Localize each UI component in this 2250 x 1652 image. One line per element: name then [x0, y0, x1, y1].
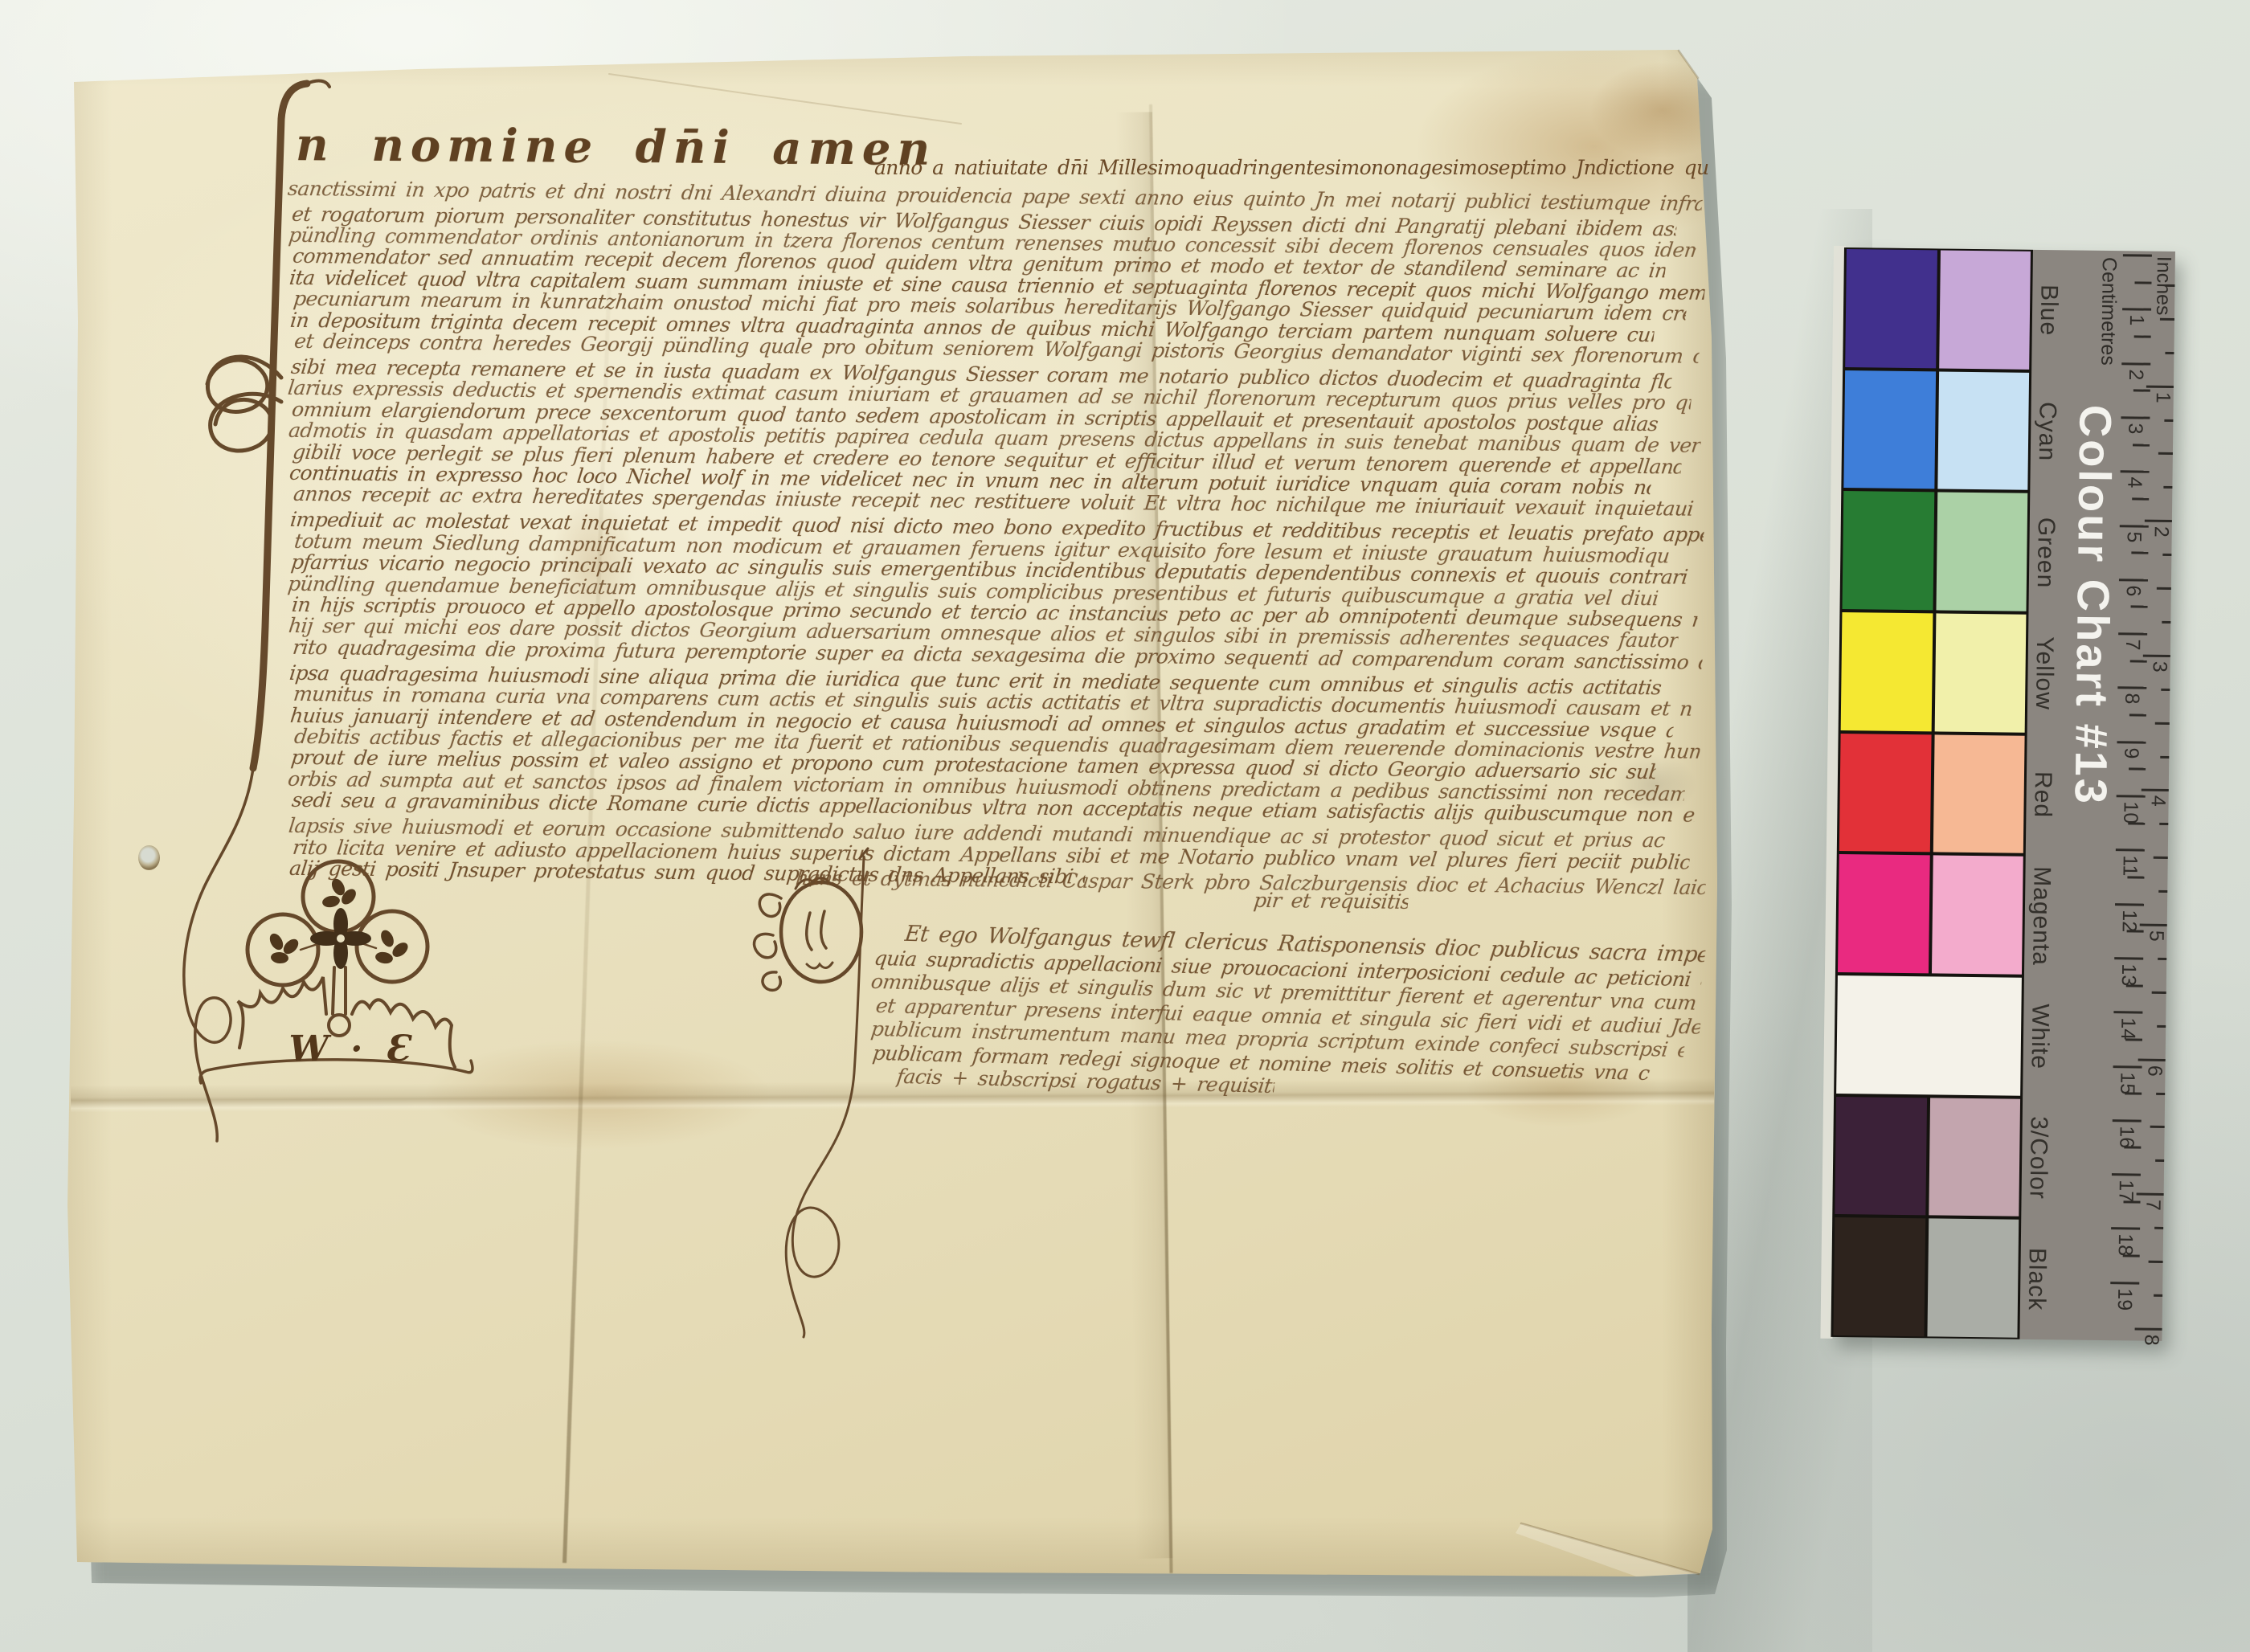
cm-tick [2115, 903, 2144, 906]
inch-tick [2140, 924, 2167, 926]
inch-number: 1 [2151, 391, 2174, 403]
swatch-grid [1831, 247, 2033, 1339]
inch-quarter-tick [2164, 419, 2173, 421]
swatch-label: Green [2031, 517, 2060, 588]
inch-half-tick [2152, 992, 2166, 994]
swatch-green [1843, 491, 1935, 610]
cm-tick [2114, 957, 2143, 959]
inch-number: 5 [2144, 930, 2167, 942]
color-calibration-chart: BlueCyanGreenYellowRedMagentaWhite3/Colo… [1831, 247, 2175, 1341]
cm-tick [2121, 470, 2150, 472]
inch-quarter-tick [2159, 823, 2168, 825]
inch-quarter-tick [2163, 486, 2172, 489]
swatch-cyan [1843, 370, 1936, 489]
notary-initials: W · Ɛ [280, 1028, 424, 1069]
swatch-label: White [2026, 1004, 2054, 1069]
inch-number: 4 [2146, 795, 2170, 807]
cm-number: 2 [2124, 369, 2147, 380]
inch-half-tick [2154, 857, 2168, 859]
inch-half-tick [2150, 1126, 2165, 1128]
cm-number: 10 [2118, 801, 2142, 824]
cm-number: 6 [2121, 585, 2145, 596]
cm-number: 16 [2114, 1126, 2137, 1148]
cm-tick [2113, 1065, 2142, 1068]
cm-half-tick [2131, 606, 2148, 608]
inch-half-tick [2155, 722, 2170, 724]
inch-quarter-tick [2160, 755, 2169, 758]
cm-half-tick [2130, 660, 2147, 662]
cm-number: 13 [2117, 963, 2140, 986]
cm-number: 3 [2123, 423, 2146, 434]
archival-photo: n nomine dn̄i amen anno a natiuitate dn̄… [0, 0, 2250, 1652]
inch-quarter-tick [2165, 352, 2174, 354]
cm-tick [2117, 795, 2146, 797]
chart-title: Colour Chart #13 [2065, 404, 2122, 806]
swatch-tint-green [1936, 493, 2027, 611]
cm-number: 17 [2114, 1180, 2137, 1202]
inch-quarter-tick [2158, 890, 2167, 893]
inch-quarter-tick [2162, 554, 2171, 556]
inch-quarter-tick [2154, 1227, 2163, 1229]
centimetres-label: Centimetres [2096, 257, 2121, 366]
cm-half-tick [2129, 768, 2146, 771]
top-crease [609, 74, 961, 124]
swatch-tint-cyan [1937, 371, 2029, 490]
swatch-label: Cyan [2033, 402, 2061, 461]
inch-quarter-tick [2166, 284, 2174, 287]
cm-half-tick [2132, 497, 2149, 500]
swatch-tint-yellow [1935, 613, 2027, 732]
cm-number: 9 [2119, 747, 2142, 759]
swatch-tint-blue [1939, 250, 2031, 369]
swatch-label: Blue [2035, 284, 2063, 336]
swatch-label: Black [2023, 1247, 2051, 1311]
cm-tick [2112, 1173, 2141, 1176]
cm-tick [2113, 1011, 2142, 1013]
cm-tick [2121, 362, 2150, 365]
cm-number: 5 [2122, 531, 2146, 542]
opening-line-display-script: n nomine dn̄i amen [296, 118, 937, 176]
inch-tick [2142, 789, 2169, 791]
inch-number: 6 [2142, 1065, 2166, 1076]
cm-number: 7 [2121, 639, 2144, 650]
inch-tick [2146, 385, 2174, 387]
cm-tick [2113, 1119, 2142, 1122]
cm-tick [2117, 741, 2146, 743]
notary-mark-clover-fill [267, 877, 410, 969]
swatch-tint-red [1933, 734, 2025, 853]
cm-tick [2120, 525, 2149, 527]
swatch-yellow [1841, 612, 1933, 731]
cm-tick [2121, 416, 2150, 419]
swatch-tint-3/color [1929, 1098, 2020, 1217]
cm-number: 14 [2116, 1017, 2139, 1040]
cm-tick [2111, 1228, 2140, 1230]
inch-quarter-tick [2161, 689, 2170, 691]
cm-number: 12 [2117, 910, 2141, 932]
inch-half-tick [2149, 1261, 2163, 1263]
cm-tick [2116, 848, 2145, 851]
cm-half-tick [2129, 714, 2146, 716]
inch-quarter-tick [2155, 1159, 2164, 1162]
cm-half-tick [2131, 552, 2148, 554]
cm-number: 4 [2122, 476, 2146, 488]
inch-quarter-tick [2158, 958, 2166, 960]
inch-tick [2137, 1193, 2164, 1196]
swatch-label: Red [2028, 771, 2056, 818]
inch-half-tick [2157, 587, 2171, 590]
cm-tick [2119, 579, 2148, 581]
cm-tick [2117, 687, 2146, 689]
swatch-white [1836, 975, 2022, 1095]
cm-half-tick [2134, 281, 2151, 284]
inch-quarter-tick [2156, 1092, 2165, 1094]
swatch-magenta [1838, 854, 1930, 973]
cm-half-tick [2127, 876, 2144, 878]
swatch-label: Yellow [2030, 636, 2058, 710]
opening-line-continuation: anno a natiuitate dn̄i Millesimoquadring… [874, 156, 1708, 183]
top-corner-bevel [1679, 51, 1698, 78]
swatch-red [1839, 734, 1932, 853]
inch-quarter-tick [2154, 1294, 2162, 1297]
cm-tick [2118, 632, 2147, 635]
corner-fold-flap [1516, 1523, 1699, 1576]
cm-half-tick [2133, 444, 2150, 446]
cm-tick [2122, 309, 2151, 311]
swatch-label: 3/Color [2024, 1116, 2052, 1200]
cm-number: 15 [2115, 1072, 2138, 1094]
cm-tick [2110, 1282, 2139, 1284]
cm-half-tick [2134, 335, 2151, 337]
inch-number: 7 [2141, 1200, 2164, 1211]
inch-tick [2138, 1058, 2166, 1061]
cm-number: 8 [2120, 693, 2143, 705]
inch-quarter-tick [2162, 621, 2170, 624]
cm-number: 18 [2113, 1234, 2137, 1257]
swatch-label: Magenta [2027, 866, 2056, 966]
inch-number: 2 [2150, 526, 2173, 538]
notary-mark-face [755, 878, 861, 991]
cm-number: 1 [2125, 315, 2148, 326]
inch-tick [2143, 654, 2170, 656]
inch-half-tick [2158, 452, 2173, 455]
cm-number: 11 [2117, 856, 2141, 877]
notary-flourish [786, 848, 868, 1337]
inch-number: 3 [2148, 660, 2171, 672]
cm-tick [2123, 254, 2152, 256]
text-line-tail: pir et requisitis [1252, 889, 1409, 918]
swatch-black [1833, 1217, 1925, 1336]
cm-number: 19 [2113, 1288, 2136, 1311]
cm-half-tick [2133, 390, 2150, 392]
inch-tick [2135, 1327, 2162, 1330]
inch-half-tick [2160, 318, 2174, 321]
inch-number: 8 [2139, 1334, 2162, 1345]
swatch-tint-magenta [1932, 856, 2023, 975]
inch-tick [2145, 520, 2172, 522]
swatch-3/color [1835, 1097, 1927, 1216]
inch-quarter-tick [2157, 1025, 2166, 1028]
swatch-blue [1845, 249, 1937, 368]
swatch-tint-black [1927, 1219, 2019, 1338]
